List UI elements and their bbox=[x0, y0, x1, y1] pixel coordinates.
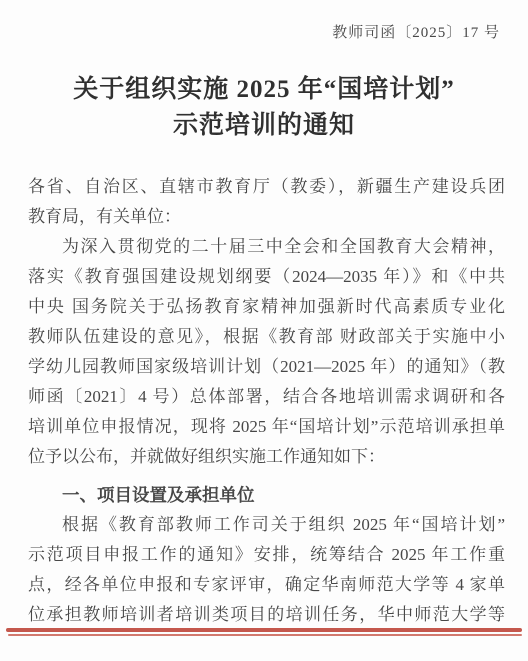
body-line: 教育局，有关单位： bbox=[28, 202, 505, 232]
body-line: 学幼儿园教师国家级培训计划（2021—2025 年）的通知》（教 bbox=[28, 352, 505, 382]
body-line: 各省、自治区、直辖市教育厅（教委），新疆生产建设兵团 bbox=[28, 172, 505, 202]
document-body: 各省、自治区、直辖市教育厅（教委），新疆生产建设兵团教育局，有关单位：为深入贯彻… bbox=[28, 172, 505, 630]
body-line: 师函〔2021〕4 号）总体部署，结合各地培训需求调研和各 bbox=[28, 382, 505, 412]
document-title: 关于组织实施 2025 年“国培计划” 示范培训的通知 bbox=[0, 72, 528, 144]
section-heading: 一、项目设置及承担单位 bbox=[28, 480, 505, 510]
body-line: 教师队伍建设的意见》，根据《教育部 财政部关于实施中小 bbox=[28, 322, 505, 352]
title-line-1: 关于组织实施 2025 年“国培计划” bbox=[0, 72, 528, 108]
body-line: 示范项目申报工作的通知》安排，统筹结合 2025 年工作重 bbox=[28, 540, 505, 570]
body-line: 点，经各单位申报和专家评审，确定华南师范大学等 4 家单 bbox=[28, 570, 505, 600]
red-underline-annotation-top bbox=[6, 628, 522, 632]
body-line: 位承担教师培训者培训类项目的培训任务，华中师范大学等 bbox=[28, 600, 505, 630]
title-line-2: 示范培训的通知 bbox=[0, 108, 528, 144]
body-line: 培训单位申报情况，现将 2025 年“国培计划”示范培训承担单 bbox=[28, 412, 505, 442]
body-line: 落实《教育强国建设规划纲要（2024—2035 年）》和《中共 bbox=[28, 262, 505, 292]
red-underline-annotation-bottom bbox=[8, 634, 522, 636]
body-line: 位予以公布，并就做好组织实施工作通知如下： bbox=[28, 442, 505, 472]
doc-number: 教师司函〔2025〕17 号 bbox=[332, 21, 500, 42]
body-line: 为深入贯彻党的二十届三中全会和全国教育大会精神， bbox=[28, 232, 505, 262]
body-line: 根据《教育部教师工作司关于组织 2025 年“国培计划” bbox=[28, 510, 505, 540]
body-line: 中央 国务院关于弘扬教育家精神加强新时代高素质专业化 bbox=[28, 292, 505, 322]
scanned-document-page: { "page": { "background": "#fdfdfd", "te… bbox=[0, 0, 528, 661]
